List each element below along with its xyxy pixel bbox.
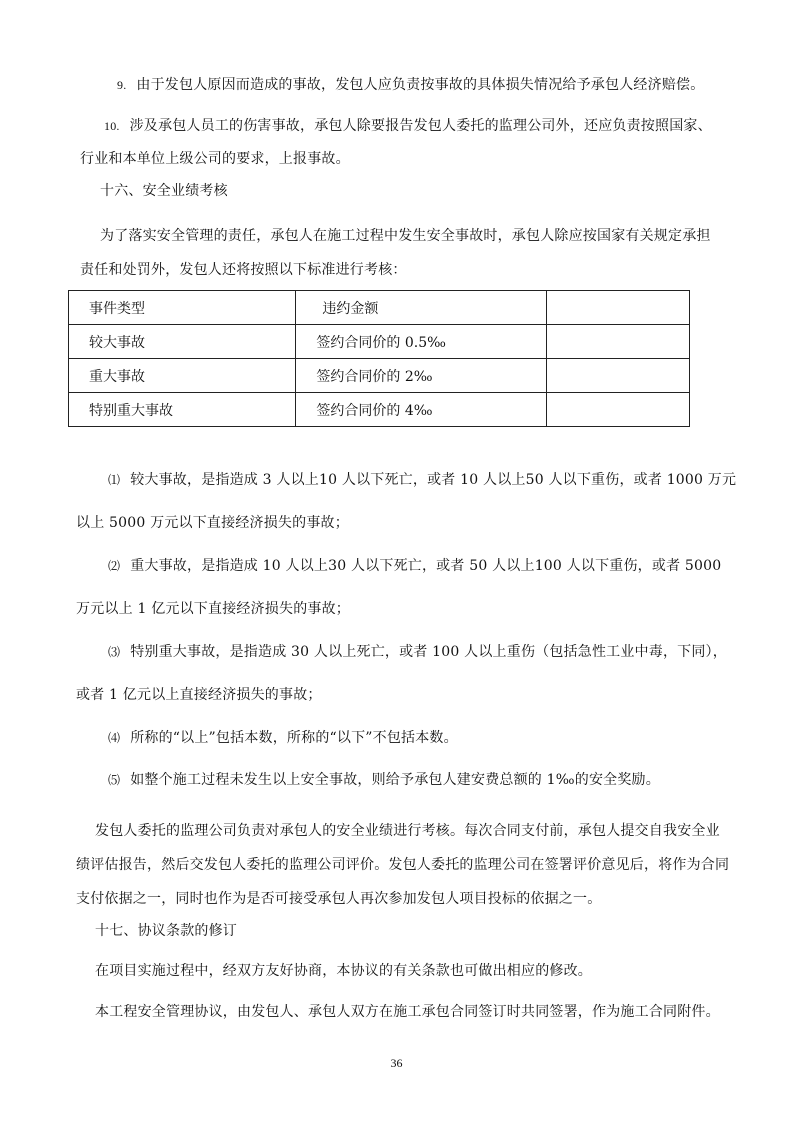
table-cell: 重大事故 xyxy=(69,359,296,393)
note-3-line2: 或者 1 亿元以上直接经济损失的事故； xyxy=(76,686,322,704)
item-number: 10. xyxy=(104,119,120,133)
section-17-para1: 在项目实施过程中，经双方友好协商，本协议的有关条款也可做出相应的修改。 xyxy=(95,962,592,980)
page-number: 36 xyxy=(0,1056,793,1071)
section-16-intro-line1: 为了落实安全管理的责任，承包人在施工过程中发生安全事故时，承包人除应按国家有关规… xyxy=(100,227,711,245)
assessment-para-line1: 发包人委托的监理公司负责对承包人的安全业绩进行考核。每次合同支付前，承包人提交自… xyxy=(95,822,720,840)
table-header-cell xyxy=(547,291,690,325)
note-number: ⑵ xyxy=(108,559,120,573)
note-text: 特别重大事故，是指造成 30 人以上死亡，或者 100 人以上重伤（包括急性工业… xyxy=(130,644,727,660)
table-cell: 签约合同价的 2‰ xyxy=(296,359,547,393)
note-number: ⑶ xyxy=(108,645,120,659)
table-cell: 签约合同价的 4‰ xyxy=(296,393,547,427)
section-16-intro-line2: 责任和处罚外，发包人还将按照以下标准进行考核： xyxy=(80,261,407,279)
table-cell xyxy=(547,325,690,359)
item-10: 10.涉及承包人员工的伤害事故，承包人除要报告发包人委托的监理公司外，还应负责按… xyxy=(104,117,712,135)
note-1-line1: ⑴较大事故，是指造成 3 人以上10 人以下死亡，或者 10 人以上50 人以下… xyxy=(108,471,736,489)
section-17-heading: 十七、协议条款的修订 xyxy=(95,922,237,940)
item-number: 9. xyxy=(117,78,126,92)
note-number: ⑷ xyxy=(108,731,120,745)
item-text: 由于发包人原因而造成的事故，发包人应负责按事故的具体损失情况给予承包人经济赔偿。 xyxy=(136,77,704,93)
note-text: 重大事故，是指造成 10 人以上30 人以下死亡，或者 50 人以上100 人以… xyxy=(130,558,721,574)
assessment-para-line2: 绩评估报告，然后交发包人委托的监理公司评价。发包人委托的监理公司在签署评价意见后… xyxy=(76,856,729,874)
table-header-cell: 事件类型 xyxy=(69,291,296,325)
section-16-heading: 十六、安全业绩考核 xyxy=(100,182,228,200)
note-5: ⑸如整个施工过程未发生以上安全事故，则给予承包人建安费总额的 1‰的安全奖励。 xyxy=(108,771,660,789)
item-10-continued: 行业和本单位上级公司的要求，上报事故。 xyxy=(80,150,350,168)
item-9: 9.由于发包人原因而造成的事故，发包人应负责按事故的具体损失情况给予承包人经济赔… xyxy=(117,76,704,94)
note-2-line1: ⑵重大事故，是指造成 10 人以上30 人以下死亡，或者 50 人以上100 人… xyxy=(108,557,721,575)
item-text: 涉及承包人员工的伤害事故，承包人除要报告发包人委托的监理公司外，还应负责按照国家… xyxy=(130,118,712,134)
table-header-row: 事件类型 违约金额 xyxy=(69,291,690,325)
note-number: ⑴ xyxy=(108,473,120,487)
table-row: 较大事故 签约合同价的 0.5‰ xyxy=(69,325,690,359)
note-3-line1: ⑶特别重大事故，是指造成 30 人以上死亡，或者 100 人以上重伤（包括急性工… xyxy=(108,643,727,661)
note-text: 较大事故，是指造成 3 人以上10 人以下死亡，或者 10 人以上50 人以下重… xyxy=(130,472,736,488)
note-1-line2: 以上 5000 万元以下直接经济损失的事故； xyxy=(76,514,349,532)
note-text: 所称的“以上”包括本数，所称的“以下”不包括本数。 xyxy=(130,730,458,746)
table-header-cell: 违约金额 xyxy=(296,291,547,325)
note-number: ⑸ xyxy=(108,773,120,787)
note-4: ⑷所称的“以上”包括本数，所称的“以下”不包括本数。 xyxy=(108,729,458,747)
assessment-para-line3: 支付依据之一，同时也作为是否可接受承包人再次参加发包人项目投标的依据之一。 xyxy=(76,890,601,908)
table-row: 特别重大事故 签约合同价的 4‰ xyxy=(69,393,690,427)
section-17-para2: 本工程安全管理协议，由发包人、承包人双方在施工承包合同签订时共同签署，作为施工合… xyxy=(95,1003,720,1021)
table-row: 重大事故 签约合同价的 2‰ xyxy=(69,359,690,393)
note-2-line2: 万元以上 1 亿元以下直接经济损失的事故； xyxy=(76,600,350,618)
table-cell: 特别重大事故 xyxy=(69,393,296,427)
table-cell: 签约合同价的 0.5‰ xyxy=(296,325,547,359)
table-cell xyxy=(547,393,690,427)
assessment-table: 事件类型 违约金额 较大事故 签约合同价的 0.5‰ 重大事故 签约合同价的 2… xyxy=(68,290,690,427)
table-cell xyxy=(547,359,690,393)
table-cell: 较大事故 xyxy=(69,325,296,359)
note-text: 如整个施工过程未发生以上安全事故，则给予承包人建安费总额的 1‰的安全奖励。 xyxy=(130,772,660,788)
